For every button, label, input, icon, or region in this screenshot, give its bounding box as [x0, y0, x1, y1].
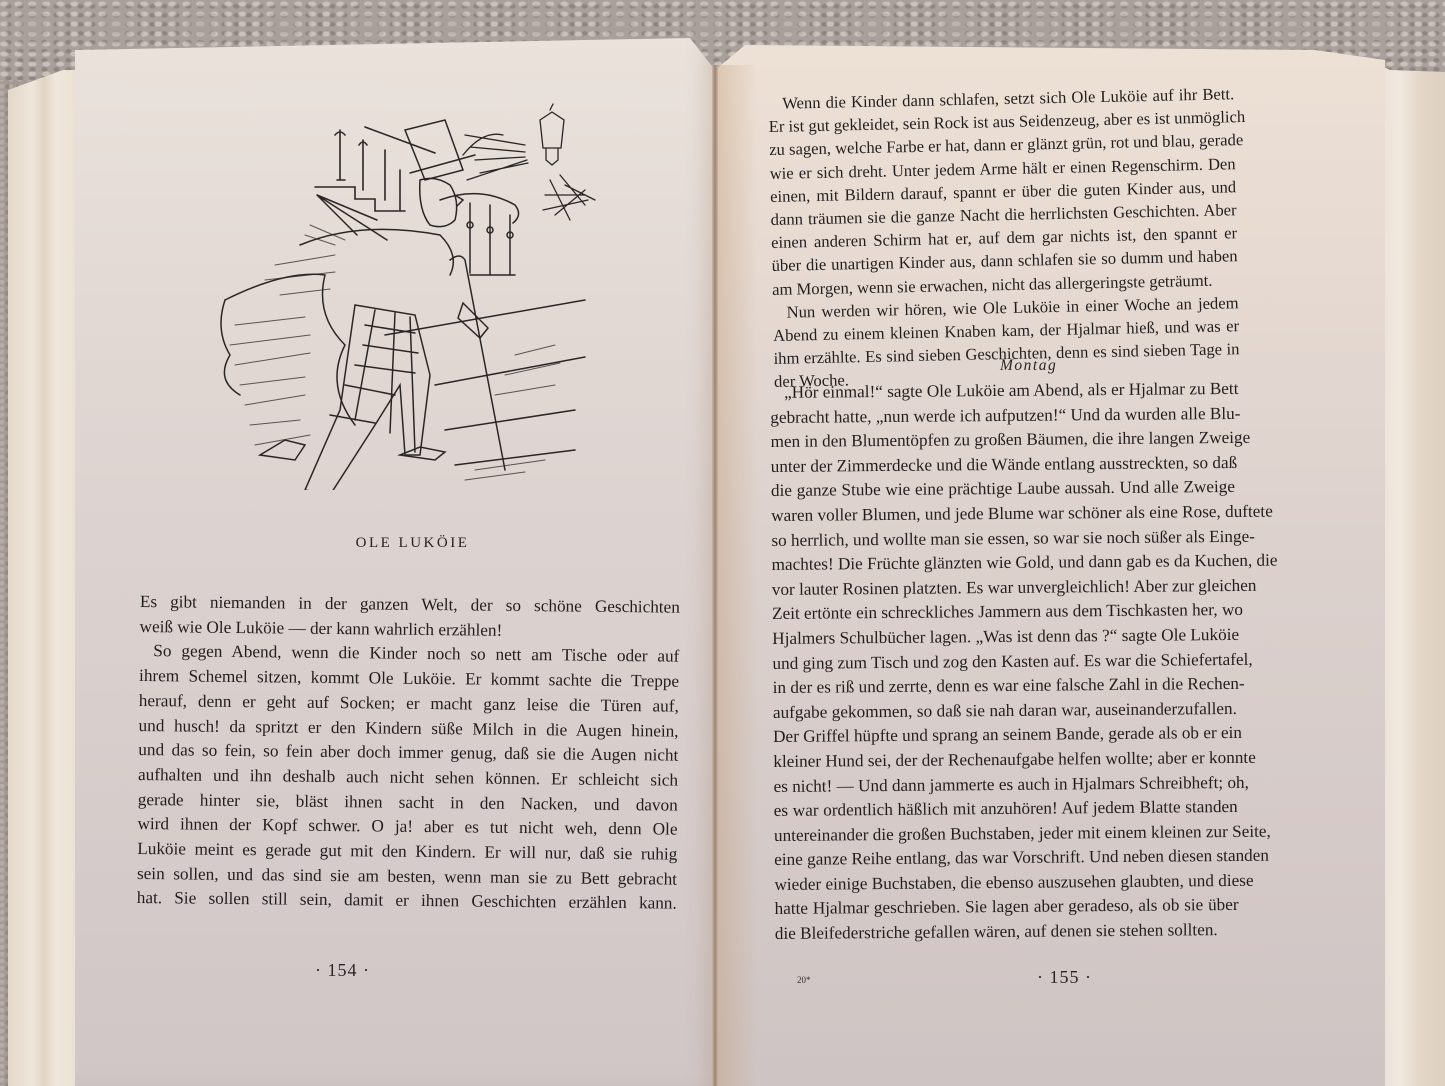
chapter-title: OLE LUKÖIE [135, 535, 690, 552]
right-page-intro-text: Wenn die Kinder dann schlafen, setzt sic… [768, 82, 1240, 393]
ink-sketch-illustration-icon [205, 85, 600, 490]
right-page-montag-text: „Hör einmal!“ sagte Ole Luköie am Abend,… [770, 377, 1239, 947]
text-line: men in den Blumentöpfen zu großen Bäumen… [770, 426, 1234, 455]
text-line: es war ordentlich häßlich mit anzuhören!… [774, 795, 1238, 824]
section-heading-montag: Montag [1000, 357, 1057, 375]
text-line: kleiner Hund sei, der der Rechenaufgabe … [773, 746, 1237, 775]
signature-mark: 20* [797, 975, 811, 985]
text-line: Hjalmers Schulbücher lagen. „Was ist den… [772, 623, 1236, 652]
text-line: in der es riß und zerrte, denn es war ei… [773, 672, 1237, 701]
text-line: die Bleifederstriche gefallen wären, auf… [775, 918, 1239, 947]
open-book: OLE LUKÖIE Es gibt niemanden in der ganz… [0, 0, 1445, 1086]
page-number-left: · 154 · [315, 960, 370, 981]
left-page-body-text: Es gibt niemanden in der ganzen Welt, de… [137, 590, 680, 917]
page-number-right: · 155 · [1037, 967, 1092, 988]
spine-shadow [718, 65, 758, 1086]
text-line: machtes! Die Früchte glänzten wie Gold, … [772, 549, 1236, 578]
text-line: „Hör einmal!“ sagte Ole Luköie am Abend,… [770, 377, 1234, 406]
text-line: waren voller Blumen, und jede Blume war … [771, 500, 1235, 529]
